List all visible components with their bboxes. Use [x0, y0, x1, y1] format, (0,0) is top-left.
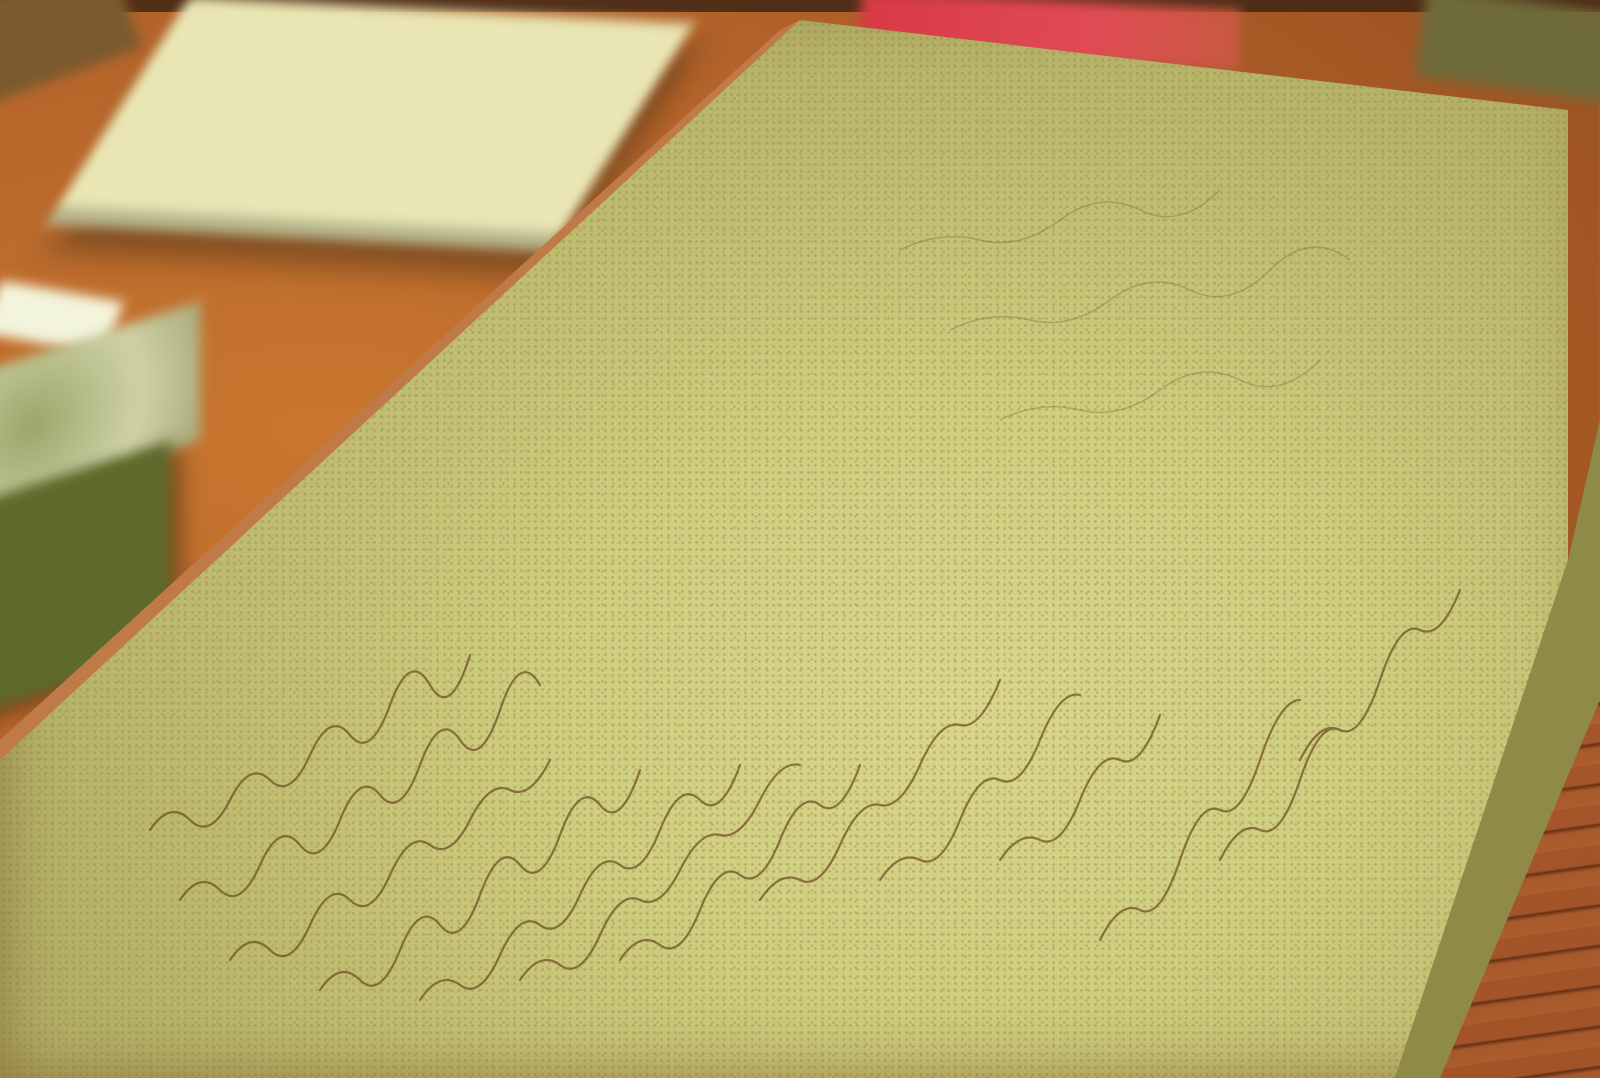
photo-scene: [0, 0, 1600, 1078]
